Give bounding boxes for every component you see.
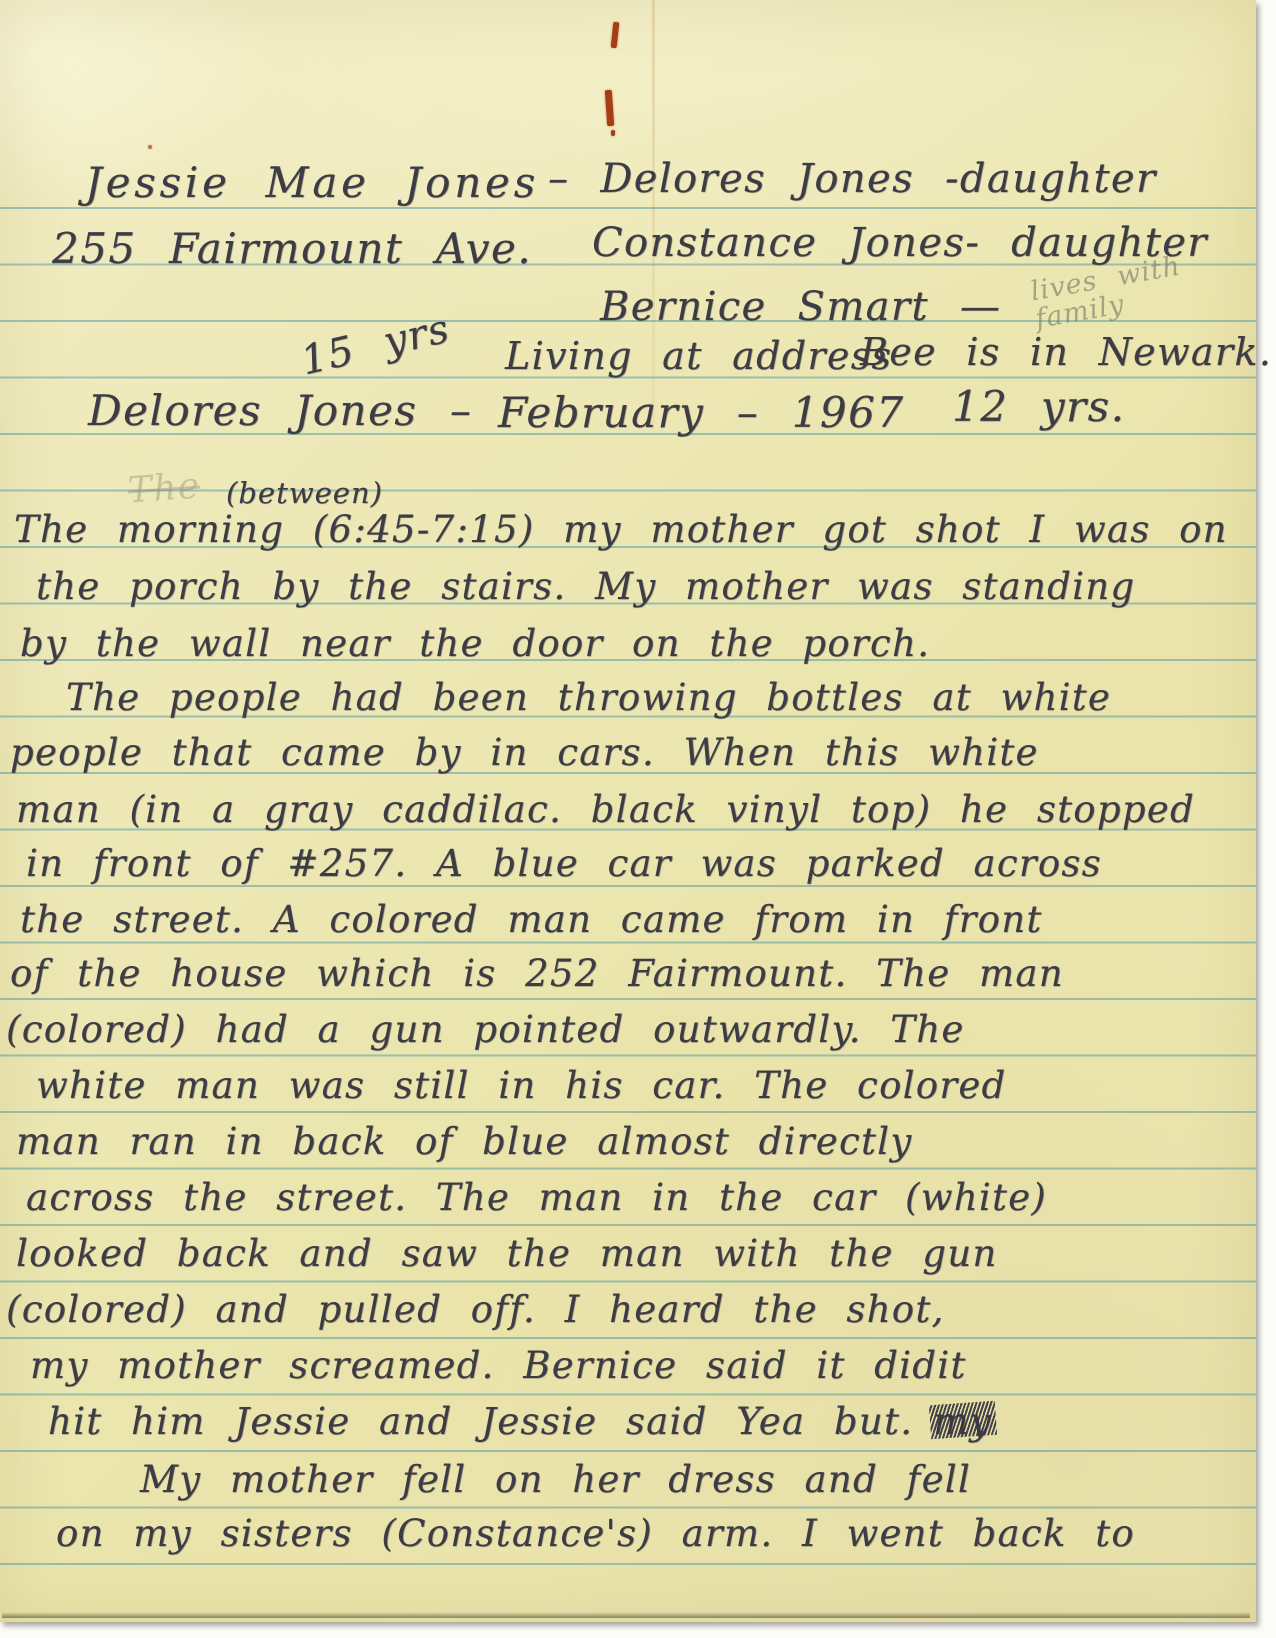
rust-mark bbox=[611, 22, 620, 48]
statement-line: my mother screamed. Bernice said it didi… bbox=[30, 1344, 967, 1387]
relation-line-3: Bernice Smart — bbox=[600, 284, 1001, 330]
statement-line: hit him Jessie and Jessie said Yea but.m… bbox=[48, 1400, 992, 1443]
statement-date: February – 1967 bbox=[498, 388, 904, 437]
statement-line: the porch by the stairs. My mother was s… bbox=[36, 565, 1135, 608]
statement-author: Delores Jones – bbox=[88, 386, 472, 435]
living-value: Bee is in Newark. bbox=[860, 330, 1272, 374]
statement-line-text: hit him Jessie and Jessie said Yea but. bbox=[48, 1400, 913, 1443]
living-label: Living at address bbox=[505, 334, 892, 378]
rust-mark bbox=[605, 90, 614, 126]
statement-line: on my sisters (Constance's) arm. I went … bbox=[56, 1512, 1135, 1555]
statement-line: My mother fell on her dress and fell bbox=[140, 1458, 971, 1501]
statement-line: The morning (6:45-7:15) my mother got sh… bbox=[14, 508, 1228, 551]
paper-edge-shadow bbox=[2, 1612, 1250, 1618]
statement-line: (colored) and pulled off. I heard the sh… bbox=[6, 1288, 945, 1331]
statement-line: The people had been throwing bottles at … bbox=[66, 676, 1111, 719]
statement-line: of the house which is 252 Fairmount. The… bbox=[10, 952, 1064, 995]
relation-line-1: – Delores Jones -daughter bbox=[548, 156, 1157, 202]
witness-address: 255 Fairmount Ave. bbox=[52, 224, 532, 273]
paper-sheet: Jessie Mae Jones 255 Fairmount Ave. – De… bbox=[0, 0, 1256, 1622]
relation-line-2: Constance Jones- daughter bbox=[592, 220, 1208, 266]
witness-name: Jessie Mae Jones bbox=[85, 158, 539, 207]
statement-line: people that came by in cars. When this w… bbox=[10, 731, 1039, 774]
statement-line: man (in a gray caddilac. black vinyl top… bbox=[16, 788, 1195, 831]
statement-line: looked back and saw the man with the gun bbox=[16, 1232, 997, 1275]
statement-line: (colored) had a gun pointed outwardly. T… bbox=[6, 1008, 965, 1051]
struck-word: my bbox=[933, 1400, 992, 1443]
rust-speck bbox=[148, 145, 152, 149]
statement-line: in front of #257. A blue car was parked … bbox=[26, 842, 1102, 885]
between-annotation: (between) bbox=[226, 476, 383, 510]
statement-line: white man was still in his car. The colo… bbox=[36, 1064, 1007, 1107]
author-age: 12 yrs. bbox=[952, 382, 1125, 431]
statement-line: the street. A colored man came from in f… bbox=[20, 898, 1043, 941]
statement-line: across the street. The man in the car (w… bbox=[26, 1176, 1047, 1219]
pencil-ghost-word: The bbox=[127, 466, 202, 512]
statement-line: by the wall near the door on the porch. bbox=[20, 622, 930, 665]
rust-speck bbox=[611, 130, 615, 136]
statement-line: man ran in back of blue almost directly bbox=[16, 1120, 912, 1163]
